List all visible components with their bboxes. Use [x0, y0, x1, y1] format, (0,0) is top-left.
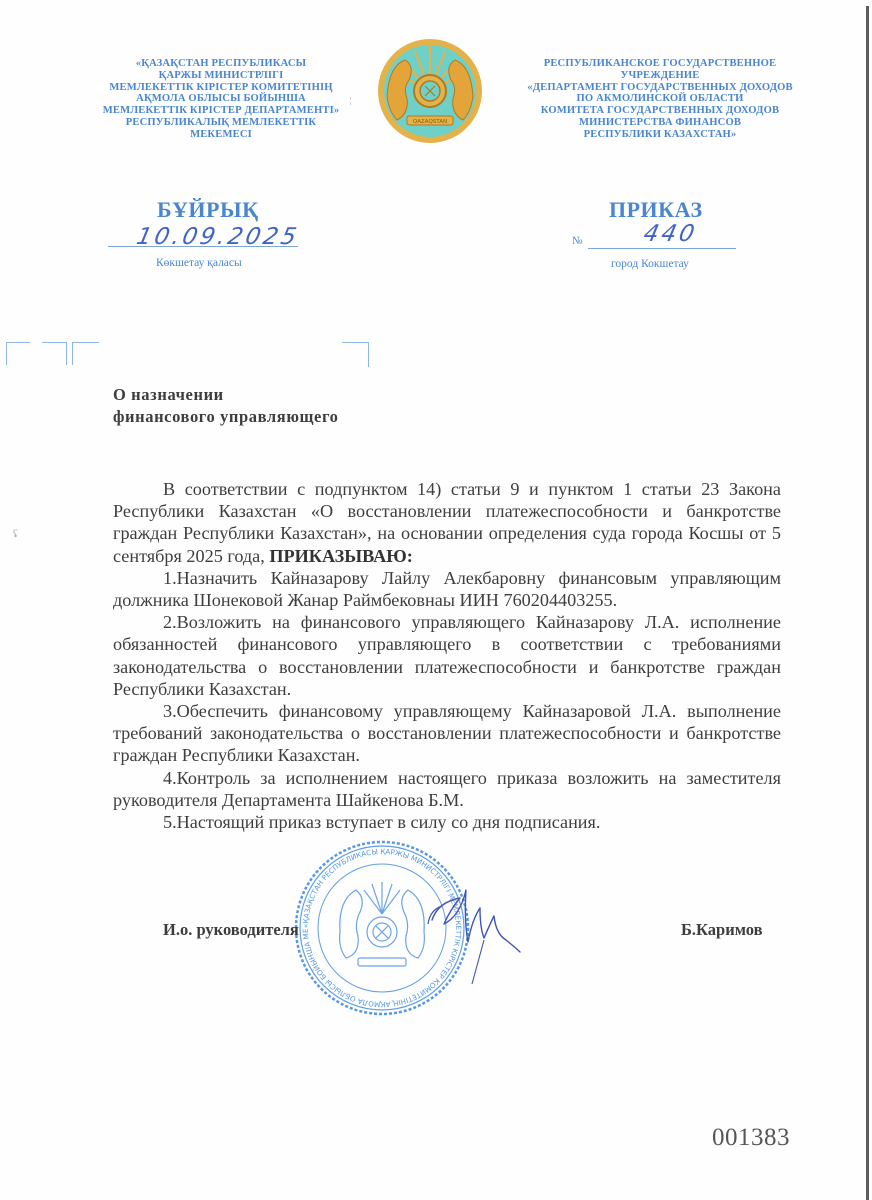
- header-line: РЕСПУБЛИКАЛЫҚ МЕМЛЕКЕТТІК: [76, 117, 366, 129]
- signatory-name: Б.Каримов: [681, 920, 763, 940]
- order-item-5: 5.Настоящий приказ вступает в силу со дн…: [113, 811, 781, 833]
- header-line: РЕСПУБЛИКИ КАЗАХСТАН»: [500, 129, 820, 141]
- corner-mark: [42, 342, 67, 365]
- signatory-title: И.о. руководителя: [163, 920, 299, 940]
- header-line: МЕМЛЕКЕТТІК КІРІСТЕР ДЕПАРТАМЕНТІ»: [76, 105, 366, 117]
- header-line: ПО АКМОЛИНСКОЙ ОБЛАСТИ: [500, 93, 820, 105]
- scan-mark: ¦: [350, 96, 352, 105]
- scan-mark: ʢ: [13, 528, 18, 540]
- form-serial-number: 001383: [712, 1124, 790, 1152]
- header-line: МИНИСТЕРСТВА ФИНАНСОВ: [500, 117, 820, 129]
- subject-line: О назначении: [113, 384, 339, 406]
- handwritten-signature-icon: [420, 880, 530, 990]
- order-word: ПРИКАЗЫВАЮ:: [269, 546, 412, 566]
- order-item-1: 1.Назначить Кайназарову Лайлу Алекбаровн…: [113, 567, 781, 611]
- preamble: В соответствии с подпунктом 14) статьи 9…: [113, 478, 781, 567]
- order-body: В соответствии с подпунктом 14) статьи 9…: [113, 478, 781, 833]
- document-page: «ҚАЗАҚСТАН РЕСПУБЛИКАСЫ ҚАРЖЫ МИНИСТРЛІГ…: [0, 0, 872, 1200]
- header-line: «ҚАЗАҚСТАН РЕСПУБЛИКАСЫ: [76, 58, 366, 70]
- state-emblem-icon: QAZAQSTAN: [375, 36, 485, 146]
- header-line: РЕСПУБЛИКАНСКОЕ ГОСУДАРСТВЕННОЕ: [500, 58, 820, 70]
- corner-mark: [6, 342, 30, 365]
- scan-edge-line: [866, 6, 869, 1200]
- doc-type-kz: БҰЙРЫҚ: [157, 197, 259, 223]
- header-line: КОМИТЕТА ГОСУДАРСТВЕННЫХ ДОХОДОВ: [500, 105, 820, 117]
- corner-mark: [342, 342, 369, 367]
- order-item-3: 3.Обеспечить финансовому управляющему Ка…: [113, 700, 781, 767]
- order-item-2: 2.Возложить на финансового управляющего …: [113, 611, 781, 700]
- order-item-4: 4.Контроль за исполнением настоящего при…: [113, 767, 781, 811]
- header-line: ҚАРЖЫ МИНИСТРЛІГІ: [76, 70, 366, 82]
- order-number: 440: [641, 221, 699, 247]
- doc-type-ru: ПРИКАЗ: [609, 197, 703, 223]
- order-subject: О назначении финансового управляющего: [113, 384, 339, 428]
- header-institution-ru: РЕСПУБЛИКАНСКОЕ ГОСУДАРСТВЕННОЕ УЧРЕЖДЕН…: [500, 58, 820, 141]
- number-label: №: [572, 235, 583, 247]
- number-underline: [588, 248, 736, 249]
- header-line: УЧРЕЖДЕНИЕ: [500, 70, 820, 82]
- header-line: АҚМОЛА ОБЛЫСЫ БОЙЫНША: [76, 93, 366, 105]
- city-ru: город Кокшетау: [611, 258, 689, 270]
- date-underline: [108, 246, 298, 247]
- svg-text:QAZAQSTAN: QAZAQSTAN: [413, 119, 447, 125]
- header-line: МЕКЕМЕСІ: [76, 129, 366, 141]
- header-institution-kz: «ҚАЗАҚСТАН РЕСПУБЛИКАСЫ ҚАРЖЫ МИНИСТРЛІГ…: [76, 58, 366, 141]
- subject-line: финансового управляющего: [113, 406, 339, 428]
- city-kz: Көкшетау қаласы: [156, 257, 242, 269]
- corner-mark: [72, 342, 99, 365]
- header-line: «ДЕПАРТАМЕНТ ГОСУДАРСТВЕННЫХ ДОХОДОВ: [500, 82, 820, 94]
- header-line: МЕМЛЕКЕТТІК КІРІСТЕР КОМИТЕТІНІҢ: [76, 82, 366, 94]
